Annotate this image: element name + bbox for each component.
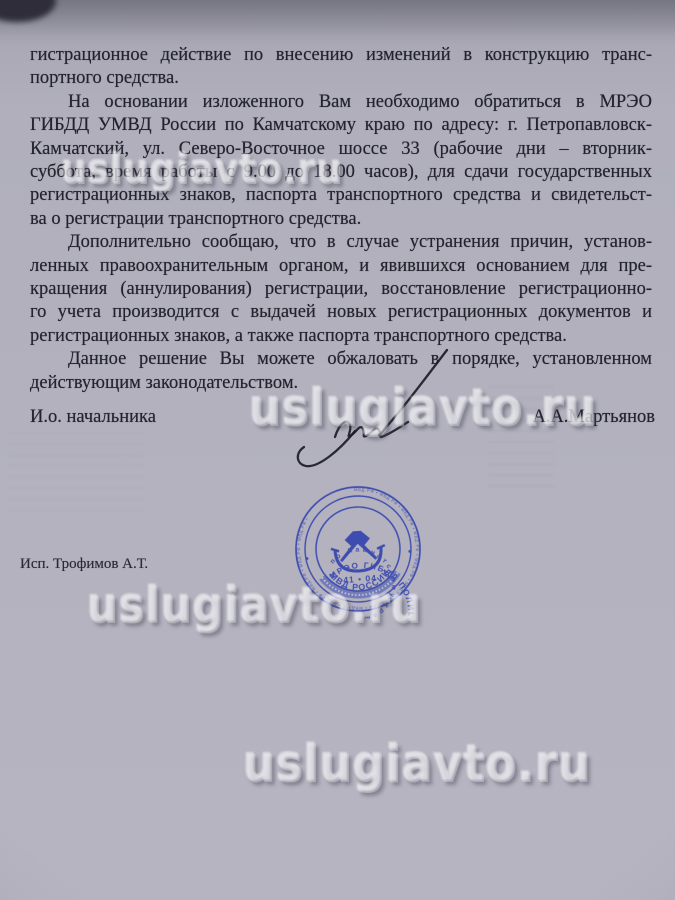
document-line: регистрационных знаков, паспорта транспо… [30, 184, 652, 207]
document-line: суббота, время работы с 9.00 до 18.00 ча… [30, 161, 652, 184]
document-line: На основании изложенного Вам необходимо … [30, 91, 652, 114]
document-line: Камчатский, ул. Северо-Восточное шоссе 3… [30, 138, 652, 161]
official-stamp: МВД.РФ • МВД.РФ • МВД.РФ • МВД.РФ • МВД.… [283, 474, 432, 623]
document-line: портного средства. [30, 67, 652, 90]
document-line: ленных правоохранительным органом, и яви… [30, 255, 652, 278]
position-label: И.о. начальника [30, 407, 156, 428]
document-line: Дополнительно сообщаю, что в случае устр… [30, 231, 652, 254]
bleed-through-artifact [8, 432, 144, 520]
document-line: ва о регистрации транспортного средства. [30, 208, 652, 231]
document-line: ГИБДД УМВД России по Камчатскому краю по… [30, 114, 652, 137]
document-line: кращения (аннулирования) регистрации, во… [30, 278, 652, 301]
document-photo: гистрационное действие по внесению измен… [0, 0, 675, 900]
document-line: го учета производится с выдачей новых ре… [30, 301, 652, 324]
handwritten-signature-icon [265, 328, 455, 478]
executor-note: Исп. Трофимов А.Т. [20, 556, 148, 573]
watermark: uslugiavto.ru [244, 736, 592, 795]
signatory-name: А.А.Мартьянов [532, 407, 655, 428]
bleed-through-artifact [488, 386, 554, 488]
document-line: гистрационное действие по внесению измен… [30, 44, 652, 67]
background-corner-shadow [0, 0, 56, 22]
